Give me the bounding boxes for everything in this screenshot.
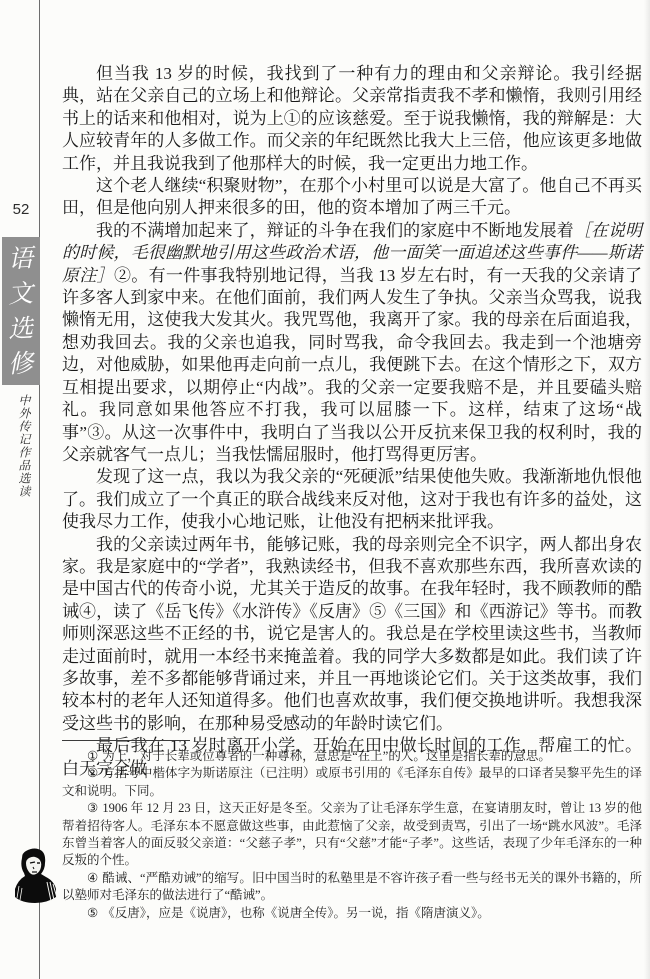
spine-rule bbox=[39, 0, 40, 979]
page-edge-shadow bbox=[644, 0, 650, 979]
banner-char: 修 bbox=[8, 350, 34, 376]
footnote-marker: ④ bbox=[87, 871, 98, 885]
text-segment: ②。有一件事我特别地记得，当我 13 岁左右时，有一天我的父亲请了许多客人到家中… bbox=[62, 266, 642, 464]
banner-char: 选 bbox=[8, 315, 34, 341]
footnote: ⑤《反唐》，应是《说唐》，也称《说唐全传》。另一说，指《隋唐演义》。 bbox=[62, 905, 642, 922]
footnote-text: 方括号中楷体字为斯诺原注（已注明）或原书引用的《毛泽东自传》最早的口译者吴黎平先… bbox=[62, 766, 642, 797]
footnote-marker: ① bbox=[87, 749, 98, 763]
text-segment: 发现了这一点，我以为我父亲的“死硬派”结果使他失败。我渐渐地仇恨他了。我们成立了… bbox=[62, 467, 642, 531]
page-number: 52 bbox=[6, 201, 36, 218]
subject-banner: 语文选修 bbox=[2, 237, 40, 385]
footnote-text: 为上，对于长辈或位尊者的一种尊称，意思是“在上”的人。这里是指长辈的意思。 bbox=[102, 749, 551, 763]
text-segment: 我的不满增加起来了，辩证的斗争在我们的家庭中不断地发展着 bbox=[96, 221, 574, 240]
body-paragraph: 发现了这一点，我以为我父亲的“死硬派”结果使他失败。我渐渐地仇恨他了。我们成立了… bbox=[62, 466, 642, 533]
body-paragraph: 这个老人继续“积聚财物”，在那个小村里可以说是大富了。他自己不再买田，但是他向别… bbox=[62, 175, 642, 220]
footnote: ②方括号中楷体字为斯诺原注（已注明）或原书引用的《毛泽东自传》最早的口译者吴黎平… bbox=[62, 765, 642, 800]
footnote: ③1906 年 12 月 23 日，这天正好是冬至。父亲为了让毛泽东学生意，在宴… bbox=[62, 800, 642, 870]
footnote-marker: ⑤ bbox=[87, 906, 98, 920]
text-segment: 这个老人继续“积聚财物”，在那个小村里可以说是大富了。他自己不再买田，但是他向别… bbox=[62, 176, 642, 217]
footnote: ④酷诫、“严酷劝诫”的缩写。旧中国当时的私塾里是不容许孩子看一些与经书无关的课外… bbox=[62, 870, 642, 905]
text-segment: 但当我 13 岁的时候，我找到了一种有力的理由和父亲辩论。我引经据典，站在父亲自… bbox=[62, 64, 642, 173]
banner-char: 文 bbox=[8, 280, 34, 306]
body-paragraph: 但当我 13 岁的时候，我找到了一种有力的理由和父亲辩论。我引经据典，站在父亲自… bbox=[62, 63, 642, 175]
mao-portrait-image bbox=[11, 846, 59, 906]
footnote-text: 《反唐》，应是《说唐》，也称《说唐全传》。另一说，指《隋唐演义》。 bbox=[102, 906, 490, 920]
footnote: ①为上，对于长辈或位尊者的一种尊称，意思是“在上”的人。这里是指长辈的意思。 bbox=[62, 748, 642, 765]
body-text: 但当我 13 岁的时候，我找到了一种有力的理由和父亲辩论。我引经据典，站在父亲自… bbox=[62, 63, 642, 780]
body-paragraph: 我的不满增加起来了，辩证的斗争在我们的家庭中不断地发展着［在说明的时候，毛很幽默… bbox=[62, 220, 642, 466]
body-paragraph: 我的父亲读过两年书，能够记账，我的母亲则完全不识字，两人都出身农家。我是家庭中的… bbox=[62, 534, 642, 736]
book-page: { "page_background": "#fcfcfa", "sidebar… bbox=[0, 0, 650, 979]
footnote-text: 1906 年 12 月 23 日，这天正好是冬至。父亲为了让毛泽东学生意，在宴请… bbox=[62, 801, 642, 867]
footnote-marker: ② bbox=[87, 766, 98, 780]
footnotes-section: ①为上，对于长辈或位尊者的一种尊称，意思是“在上”的人。这里是指长辈的意思。②方… bbox=[62, 748, 642, 922]
banner-char: 语 bbox=[8, 245, 34, 271]
footnote-divider bbox=[62, 740, 190, 741]
footnote-text: 酷诫、“严酷劝诫”的缩写。旧中国当时的私塾里是不容许孩子看一些与经书无关的课外书… bbox=[62, 871, 642, 902]
series-title: 中外传记作品选读 bbox=[16, 394, 33, 504]
footnote-marker: ③ bbox=[87, 801, 98, 815]
text-segment: 我的父亲读过两年书，能够记账，我的母亲则完全不识字，两人都出身农家。我是家庭中的… bbox=[62, 535, 642, 733]
